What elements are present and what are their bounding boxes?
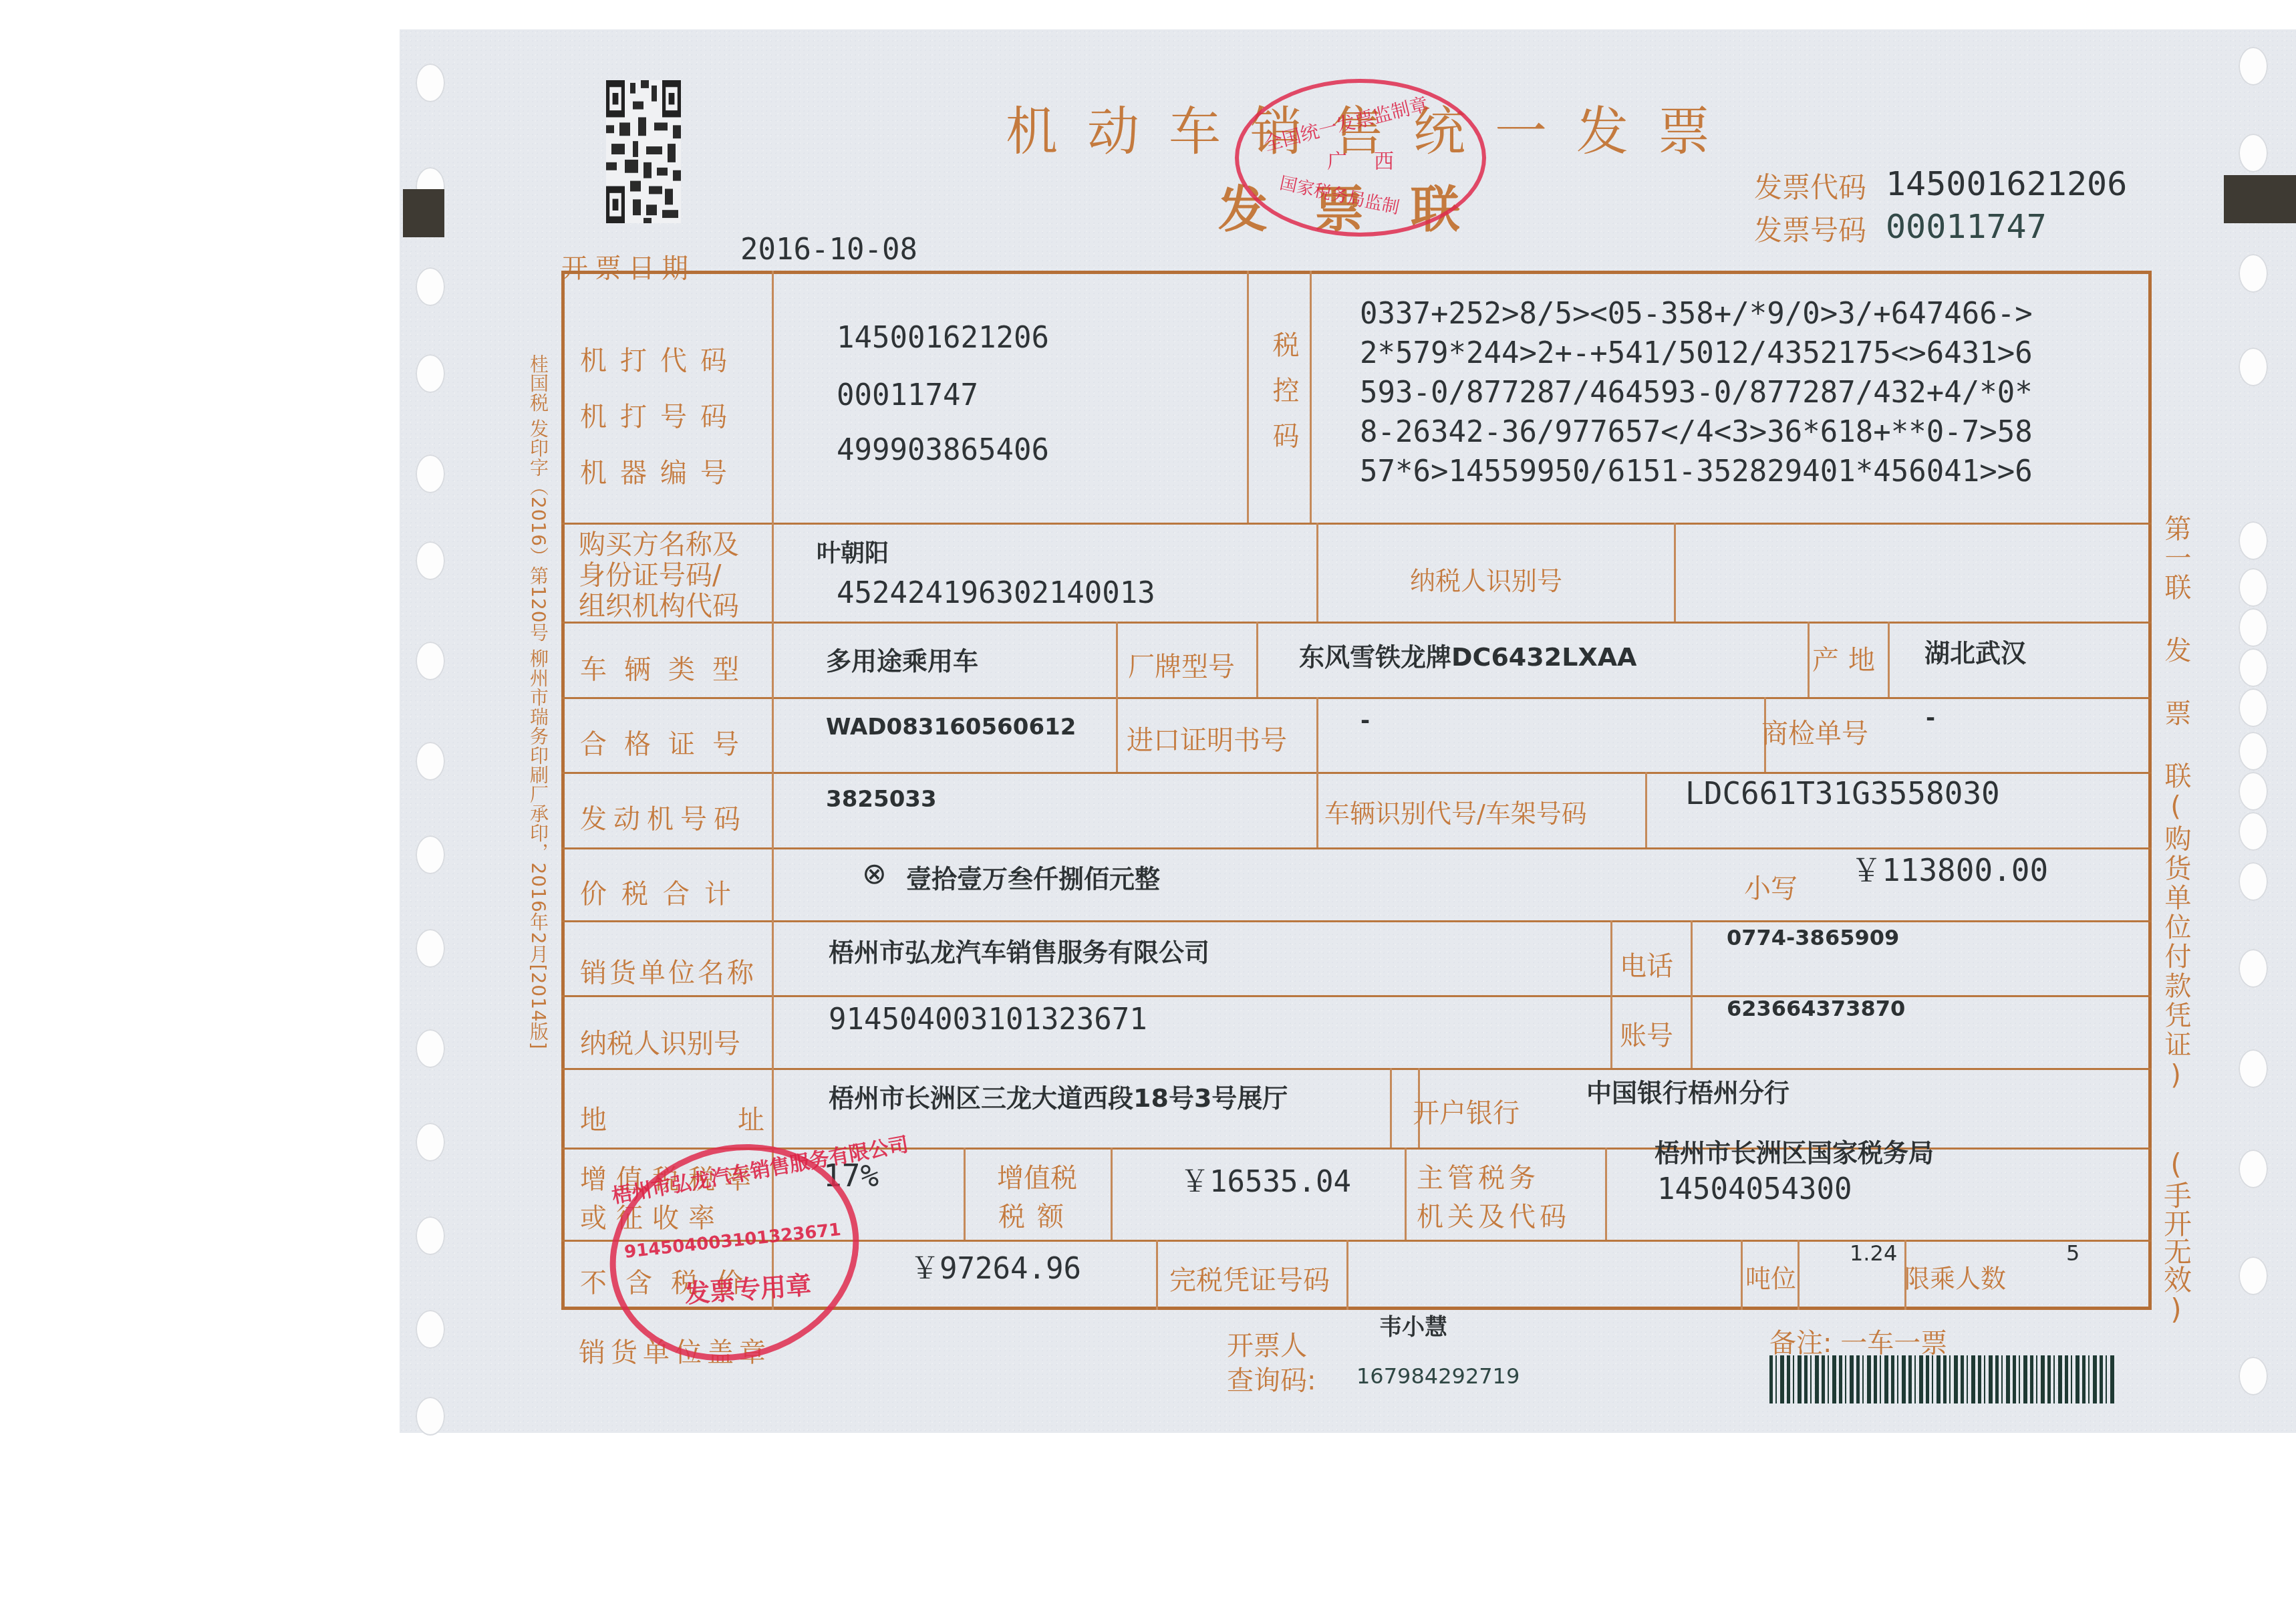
vin: LDC661T31G3558030 [1685,775,2000,811]
inspection-label: 商检单号 [1761,712,1868,751]
brand-model-label: 厂牌型号 [1128,646,1235,684]
total-uppercase-icon: ⊗ [862,857,887,891]
bank-label: 开户银行 [1413,1092,1520,1130]
seller-stamp-bottom: 发票专用章 [683,1264,812,1310]
import-cert-number: - [1360,707,1370,734]
tax-control-line: 593-0/877287/464593-0/877287/432+4/*0* [1360,373,2033,412]
vehicle-type-label: 车辆类型 [580,648,756,686]
certificate-number: WAD083160560612 [826,714,1076,741]
handwritten-invalid-note: (手开无效) [2160,1148,2192,1326]
tax-authority-code: 14504054300 [1657,1172,1852,1206]
seller-taxpayer-id: 914504003101323671 [829,1002,1147,1037]
qr-code-icon [606,80,681,223]
device-number: 499903865406 [837,433,1049,467]
invoice-code: 145001621206 [1886,164,2127,203]
invoice-code-label: 发票代码 [1754,166,1866,206]
query-code: 167984292719 [1356,1363,1520,1389]
invoice-number-label: 发票号码 [1754,209,1866,249]
seller-address-label: 地址 [580,1099,760,1137]
bank-name: 中国银行梧州分行 [1586,1072,1789,1109]
seller-taxpayer-id-label: 纳税人识别号 [580,1023,740,1061]
tax-bureau-stamp: 全国统一发票监制章 广西 国家税务局监制 [1235,79,1486,237]
printer-tab-right [2224,175,2296,223]
remark-label: 备注: 一车一票 [1769,1322,1947,1360]
seller-name: 梧州市弘龙汽车销售服务有限公司 [829,932,1209,968]
buyer-taxpayer-id-label: 纳税人识别号 [1410,560,1562,597]
pre-tax-price: ￥97264.96 [910,1244,1081,1287]
query-code-label: 查询码: [1227,1359,1316,1397]
seller-address: 梧州市长洲区三龙大道西段18号3号展厅 [829,1077,1288,1114]
seller-phone: 0774-3865909 [1727,925,1899,950]
certificate-label: 合格证号 [580,723,756,761]
total-lowercase-label: 小写 [1744,867,1798,906]
device-number-label: 机器编号 [580,452,740,490]
buyer-name: 叶朝阳 [817,535,889,569]
origin: 湖北武汉 [1924,632,2026,669]
tonnage-label: 吨位 [1745,1258,1796,1295]
barcode-icon [1769,1355,2117,1403]
brand-model: 东风雪铁龙牌DC6432LXAA [1299,636,1637,673]
tax-authority-label: 主管税务 机关及代码 [1417,1159,1570,1236]
seller-account-label: 账号 [1620,1015,1673,1053]
issuer-name: 韦小慧 [1379,1309,1447,1341]
seller-name-label: 销货单位名称 [580,952,756,990]
print-license-info: 桂国税 发印字（2016）第120号 柳州市瑞务印刷厂承印，2016年2月[20… [525,354,551,1170]
import-cert-label: 进口证明书号 [1127,719,1287,757]
origin-label: 产地 [1812,639,1884,677]
tonnage: 1.24 [1850,1240,1897,1266]
tax-paid-cert-label: 完税凭证号码 [1169,1259,1330,1297]
tax-control-line: 2*579*244>2+-+541/5012/4352175<>6431>6 [1360,333,2033,373]
invoice-number: 00011747 [1886,207,2047,246]
total-uppercase: 壹拾壹万叁仟捌佰元整 [906,858,1160,895]
inspection-number: - [1926,704,1935,731]
vat-amount-label: 增值税 税额 [997,1159,1077,1236]
total-lowercase: ￥113800.00 [1851,846,2048,890]
tax-control-code: 0337+252>8/5><05-358+/*9/0>3/+647466->2*… [1360,294,2033,491]
tax-control-line: 0337+252>8/5><05-358+/*9/0>3/+647466-> [1360,294,2033,333]
issuer-label: 开票人 [1227,1325,1307,1363]
vin-label: 车辆识别代号/车架号码 [1324,793,1587,829]
issue-date: 2016-10-08 [740,233,917,267]
engine-number: 3825033 [826,786,937,813]
tax-authority-name: 梧州市长洲区国家税务局 [1655,1132,1934,1169]
seller-stamp-taxid: 914504003101323671 [623,1220,842,1262]
tax-control-label: 税控码 [1265,331,1303,467]
engine-number-label: 发动机号码 [580,798,747,836]
printer-tab-left [403,189,444,237]
buyer-id-number: 452424196302140013 [837,576,1155,610]
tax-control-line: 8-26342-36/977657</4<3>36*618+**0-7>58 [1360,412,2033,452]
machine-code: 145001621206 [837,321,1049,355]
buyer-label: 购买方名称及 身份证号码/ 组织机构代码 [579,529,739,622]
total-label: 价税合计 [580,873,746,911]
tax-bureau-stamp-middle: 广西 [1327,144,1421,174]
tax-control-line: 57*6>14559950/6151-352829401*456041>>6 [1360,452,2033,491]
machine-number-label: 机打号码 [580,396,740,434]
copy-label: 第一联 发 票 联(购货单位付款凭证) [2160,515,2192,1093]
seller-account: 623664373870 [1727,996,1905,1021]
tax-bureau-stamp-bottom: 国家税务局监制 [1278,169,1402,219]
seller-phone-label: 电话 [1620,945,1673,983]
machine-code-label: 机打代码 [580,340,740,378]
passengers: 5 [2066,1240,2079,1266]
machine-number: 00011747 [837,378,978,412]
vat-amount: ￥16535.04 [1180,1158,1351,1200]
passengers-label: 限乘人数 [1904,1258,2006,1295]
vehicle-type: 多用途乘用车 [826,640,978,677]
